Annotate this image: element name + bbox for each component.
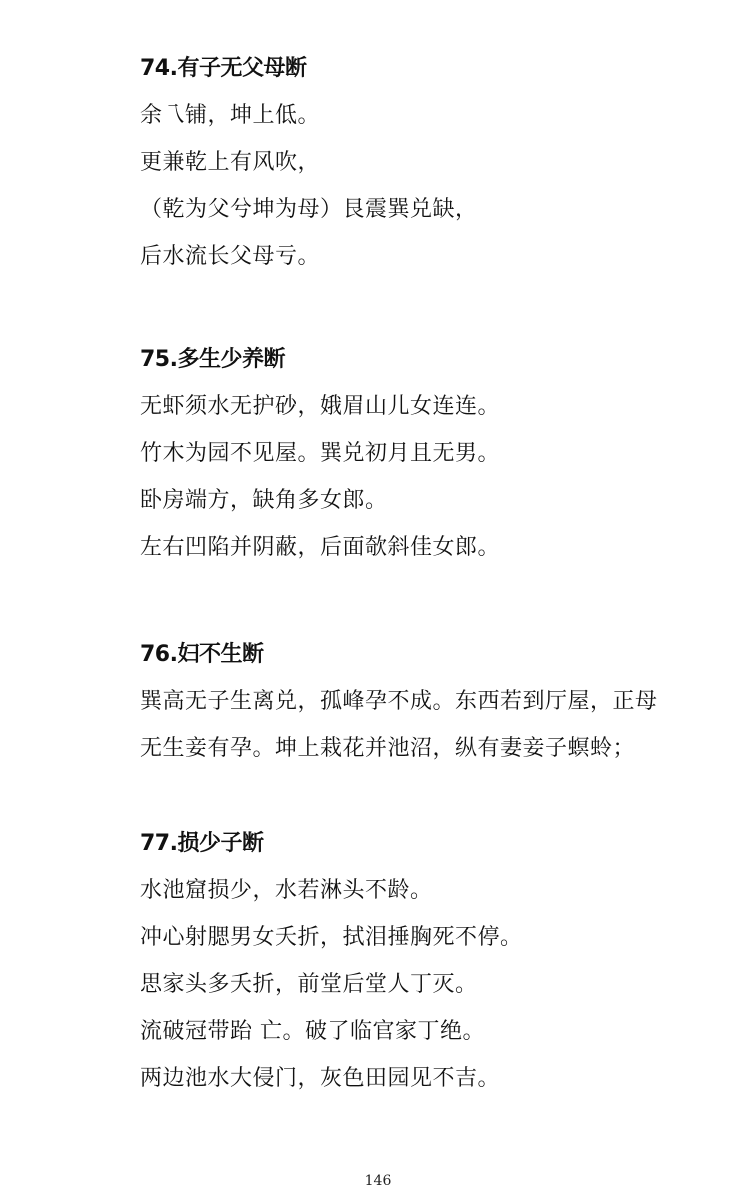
section-77: 77.损少子断 水池窟损少，水若淋头不龄。 冲心射腮男女夭折，拭泪捶胸死不停。 … — [140, 829, 740, 1094]
text-line: 巽高无子生离兑，孤峰孕不成。东西若到厅屋，正母 — [140, 687, 740, 717]
text-line: 无虾须水无护砂，娥眉山儿女连连。 — [140, 392, 740, 422]
section-75: 75.多生少养断 无虾须水无护砂，娥眉山儿女连连。 竹木为园不见屋。巽兑初月且无… — [140, 345, 740, 563]
text-line: 思家头多夭折，前堂后堂人丁灭。 — [140, 970, 740, 1000]
text-line: 冲心射腮男女夭折，拭泪捶胸死不停。 — [140, 923, 740, 953]
text-line: 左右凹陷并阴蔽，后面欹斜佳女郎。 — [140, 533, 740, 563]
document-page: 74.有子无父母断 余乁铺，坤上低。 更兼乾上有风吹， （乾为父兮坤为母）艮震巽… — [0, 0, 756, 1194]
section-74: 74.有子无父母断 余乁铺，坤上低。 更兼乾上有风吹， （乾为父兮坤为母）艮震巽… — [140, 54, 740, 272]
section-heading: 75.多生少养断 — [140, 345, 740, 375]
text-line: 两边池水大侵门，灰色田园见不吉。 — [140, 1064, 740, 1094]
section-heading: 77.损少子断 — [140, 829, 740, 859]
section-76: 76.妇不生断 巽高无子生离兑，孤峰孕不成。东西若到厅屋，正母 无生妾有孕。坤上… — [140, 640, 740, 764]
text-line: 流破冠带跆 亡。破了临官家丁绝。 — [140, 1017, 740, 1047]
text-line: 无生妾有孕。坤上栽花并池沼，纵有妻妾子螟蛉； — [140, 734, 740, 764]
text-line: 竹木为园不见屋。巽兑初月且无男。 — [140, 439, 740, 469]
section-heading: 76.妇不生断 — [140, 640, 740, 670]
text-line: （乾为父兮坤为母）艮震巽兑缺， — [140, 195, 740, 225]
section-heading: 74.有子无父母断 — [140, 54, 740, 84]
text-line: 卧房端方，缺角多女郎。 — [140, 486, 740, 516]
text-line: 更兼乾上有风吹， — [140, 148, 740, 178]
text-line: 水池窟损少，水若淋头不龄。 — [140, 876, 740, 906]
text-line: 后水流长父母亏。 — [140, 242, 740, 272]
text-line: 余乁铺，坤上低。 — [140, 101, 740, 131]
page-number: 146 — [0, 1172, 756, 1190]
